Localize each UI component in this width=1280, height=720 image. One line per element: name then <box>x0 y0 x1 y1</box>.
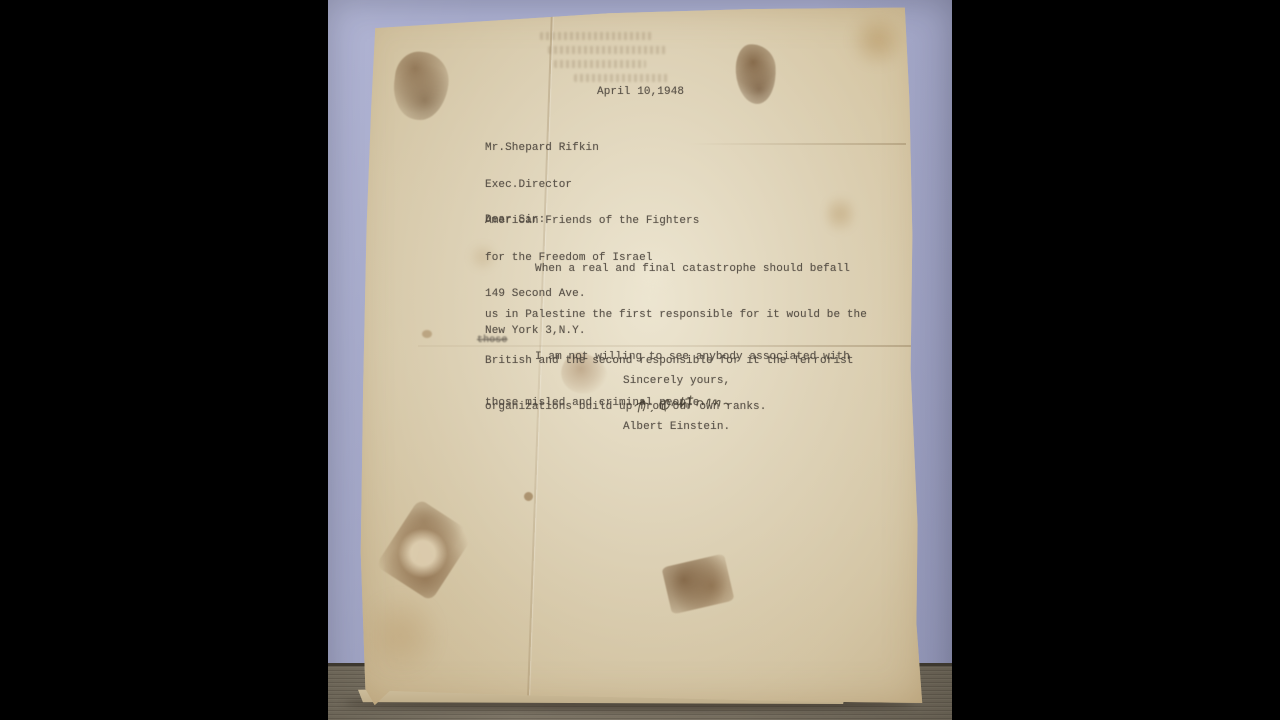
tape-stain-bottom <box>661 553 734 614</box>
embossed-letterhead-line <box>548 46 668 54</box>
letter-photograph: April 10,1948 Mr.Shepard Rifkin Exec.Dir… <box>328 0 952 720</box>
tape-stain-top-left <box>390 49 452 123</box>
body-line: When a real and final catastrophe should… <box>535 258 867 280</box>
embossed-letterhead-line <box>540 32 654 40</box>
age-stain <box>826 190 854 238</box>
closing-phrase: Sincerely yours, <box>623 375 730 387</box>
age-stain <box>364 587 438 682</box>
recipient-line: Mr.Shepard Rifkin <box>485 142 699 155</box>
ink-spot <box>524 492 533 501</box>
recipient-line: Exec.Director <box>485 179 699 192</box>
tape-stain-left <box>376 498 475 601</box>
salutation: Dear Sir: <box>485 214 545 226</box>
tape-stain-top-right <box>734 43 778 106</box>
age-stain <box>846 14 910 66</box>
body-line: I am not willing to see anybody associat… <box>535 346 850 368</box>
letter-page: April 10,1948 Mr.Shepard Rifkin Exec.Dir… <box>348 2 928 708</box>
horizontal-fold-crease <box>688 143 906 145</box>
embossed-letterhead-line <box>554 60 646 68</box>
signature-stroke <box>635 395 728 412</box>
letter-date: April 10,1948 <box>597 86 684 98</box>
ink-spot <box>422 330 432 338</box>
typed-signature-name: Albert Einstein. <box>623 421 730 433</box>
embossed-letterhead-line <box>574 74 670 82</box>
handwritten-signature <box>631 386 752 420</box>
